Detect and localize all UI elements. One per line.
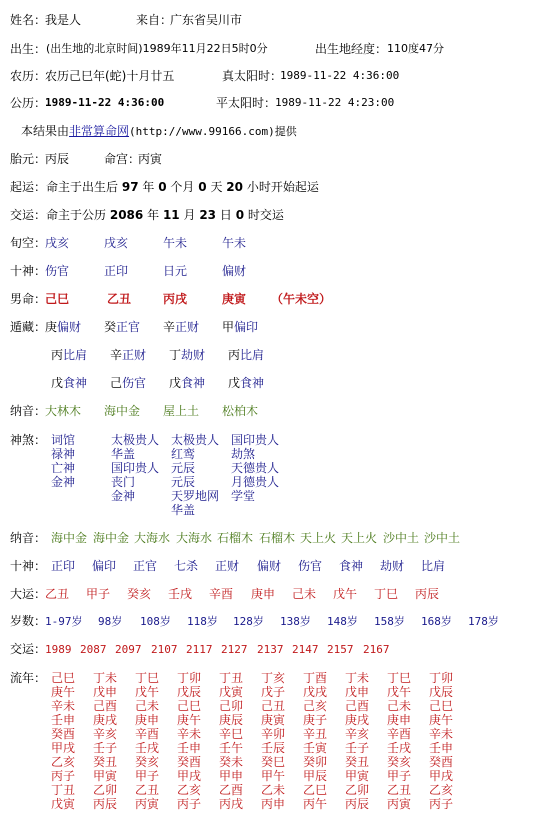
dayun-shishen: 伤官 <box>298 559 322 573</box>
shensha-hour: 国印贵人 劫煞 天德贵人 月德贵人 学堂 <box>231 433 279 503</box>
liunian-item: 乙卯 <box>93 783 117 797</box>
shensha-item: 金神 <box>51 475 75 489</box>
liunian-item: 庚申 <box>387 713 411 727</box>
liunian-item: 壬辰 <box>261 741 285 755</box>
liunian-item: 辛未 <box>51 699 75 713</box>
liunian-item: 丁巳 <box>135 671 159 685</box>
stem: 丙 <box>228 348 240 362</box>
dayun-shishen: 正财 <box>215 559 239 573</box>
dayun-shishen: 偏财 <box>257 559 281 573</box>
liunian-item: 庚戌 <box>93 713 117 727</box>
canggan-cell: 戊食神 <box>51 376 87 390</box>
dayun-nayin: 大海水 <box>176 531 212 545</box>
dayun-shishen: 比肩 <box>421 559 445 573</box>
gregorian-label: 公历： <box>10 96 46 110</box>
liunian-column: 丁未戊申己酉庚戌辛亥壬子癸丑甲寅乙卯丙辰 <box>93 671 117 811</box>
liunian-item: 甲申 <box>219 769 243 783</box>
shensha-item: 元辰 <box>171 461 219 475</box>
dayun-age: 128岁 <box>233 615 264 629</box>
qiyun-months: 0 <box>158 180 166 194</box>
shishen-day: 日元 <box>163 264 187 278</box>
liunian-item: 癸未 <box>219 755 243 769</box>
shensha-item: 亡神 <box>51 461 75 475</box>
lunar-value: 农历己巳年(蛇)十月廿五 <box>45 69 174 83</box>
stem: 戊 <box>228 376 240 390</box>
birth-label: 出生： <box>10 42 46 56</box>
dayun-age: 108岁 <box>140 615 171 629</box>
shishen-label: 十神： <box>10 264 46 278</box>
gregorian-value: 1989-11-22 4:36:00 <box>45 96 164 110</box>
dayun-year: 2087 <box>80 643 107 657</box>
qiyun-text: 小时开始起运 <box>247 180 319 194</box>
age-label: 岁数： <box>10 614 46 628</box>
liunian-item: 辛卯 <box>261 727 285 741</box>
dayun-ganzhi: 乙丑 <box>45 587 69 601</box>
dayun-nayin: 大海水 <box>134 531 170 545</box>
qiyun-hours: 20 <box>226 180 243 194</box>
dayun-year: 2097 <box>115 643 142 657</box>
liunian-item: 戊申 <box>345 685 369 699</box>
god: 正官 <box>116 320 140 334</box>
liunian-column: 丁卯戊辰己巳庚午辛未壬申癸酉甲戌乙亥丙子 <box>177 671 201 811</box>
liunian-column: 丁丑戊寅己卯庚辰辛巳壬午癸未甲申乙酉丙戌 <box>219 671 243 811</box>
dayun-nayin: 海中金 <box>93 531 129 545</box>
dayun-year: 2167 <box>363 643 390 657</box>
jiaoyun-year: 2086 <box>110 208 143 222</box>
liunian-item: 己亥 <box>303 699 327 713</box>
god: 食神 <box>63 376 87 390</box>
dayun-nayin-label: 纳音： <box>10 531 46 545</box>
liunian-item: 癸丑 <box>93 755 117 769</box>
god: 比肩 <box>63 348 87 362</box>
from-label: 来自： <box>136 13 172 27</box>
liunian-item: 乙丑 <box>387 783 411 797</box>
liunian-item: 丙子 <box>51 769 75 783</box>
liunian-column: 丁酉戊戌己亥庚子辛丑壬寅癸卯甲辰乙巳丙午 <box>303 671 327 811</box>
stem: 己 <box>110 376 122 390</box>
dayun-ganzhi: 丙辰 <box>415 587 439 601</box>
liunian-column: 丁巳戊午己未庚申辛酉壬戌癸亥甲子乙丑丙寅 <box>387 671 411 811</box>
nayin-day: 屋上土 <box>163 404 199 418</box>
qiyun-unit: 个月 <box>170 180 194 194</box>
liunian-item: 甲午 <box>261 769 285 783</box>
stem: 甲 <box>222 320 234 334</box>
canggan-cell: 丁劫财 <box>169 348 205 362</box>
liunian-item: 乙亥 <box>51 755 75 769</box>
xunkong-year: 戌亥 <box>45 236 69 250</box>
canggan-cell: 辛正财 <box>110 348 146 362</box>
liunian-item: 戊辰 <box>429 685 453 699</box>
dayun-nayin: 沙中土 <box>424 531 460 545</box>
birth-value: (出生地的北京时间)1989年11月22日5时0分 <box>46 42 268 56</box>
god: 比肩 <box>240 348 264 362</box>
liunian-item: 乙卯 <box>345 783 369 797</box>
liunian-item: 辛亥 <box>93 727 117 741</box>
liunian-item: 癸酉 <box>177 755 201 769</box>
stem: 庚 <box>45 320 57 334</box>
liunian-item: 甲戌 <box>51 741 75 755</box>
god: 伤官 <box>122 376 146 390</box>
shensha-item: 禄神 <box>51 447 75 461</box>
gender-label: 男命： <box>10 292 46 306</box>
dayun-nayin: 石榴木 <box>217 531 253 545</box>
credit-line: 本结果由非常算命网(http://www.99166.com)提供 <box>21 124 297 139</box>
liunian-item: 癸巳 <box>261 755 285 769</box>
dayun-age: 178岁 <box>468 615 499 629</box>
liunian-item: 甲寅 <box>93 769 117 783</box>
liunian-item: 己巳 <box>429 699 453 713</box>
canggan-cell: 戊食神 <box>228 376 264 390</box>
shensha-item: 金神 <box>111 489 159 503</box>
liunian-item: 甲子 <box>135 769 159 783</box>
canggan-cell: 癸正官 <box>104 320 140 334</box>
liunian-item: 己未 <box>387 699 411 713</box>
dayun-ganzhi: 己未 <box>292 587 316 601</box>
liunian-item: 庚戌 <box>345 713 369 727</box>
jiaoyun-unit: 年 <box>147 208 159 222</box>
nayin-label: 纳音： <box>10 404 46 418</box>
jiaoyun-hour: 0 <box>236 208 244 222</box>
liunian-item: 癸亥 <box>387 755 411 769</box>
credit-prefix: 本结果由 <box>21 124 69 138</box>
liunian-item: 壬申 <box>429 741 453 755</box>
canggan-label: 遁藏： <box>10 320 46 334</box>
liunian-item: 辛未 <box>429 727 453 741</box>
ganzhi-month: 乙丑 <box>107 292 131 306</box>
liunian-item: 甲子 <box>387 769 411 783</box>
liunian-item: 甲辰 <box>303 769 327 783</box>
god: 正财 <box>122 348 146 362</box>
canggan-cell: 甲偏印 <box>222 320 258 334</box>
god: 偏印 <box>234 320 258 334</box>
liunian-item: 庚申 <box>135 713 159 727</box>
liunian-item: 戊寅 <box>219 685 243 699</box>
shishen-hour: 偏财 <box>222 264 246 278</box>
liunian-item: 丙寅 <box>387 797 411 811</box>
shensha-item: 词馆 <box>51 433 75 447</box>
shensha-item: 太极贵人 <box>111 433 159 447</box>
liunian-column: 丁未戊申己酉庚戌辛亥壬子癸丑甲寅乙卯丙辰 <box>345 671 369 811</box>
liunian-item: 乙亥 <box>177 783 201 797</box>
liunian-column: 丁巳戊午己未庚申辛酉壬戌癸亥甲子乙丑丙寅 <box>135 671 159 811</box>
dayun-ganzhi: 庚申 <box>251 587 275 601</box>
dayun-label: 大运： <box>10 587 46 601</box>
stem: 戊 <box>51 376 63 390</box>
liunian-item: 戊寅 <box>51 797 75 811</box>
xunkong-month: 戌亥 <box>104 236 128 250</box>
liunian-item: 癸亥 <box>135 755 159 769</box>
dayun-shishen: 七杀 <box>174 559 198 573</box>
dayun-age: 118岁 <box>187 615 218 629</box>
longitude-value: 110度47分 <box>387 42 444 56</box>
dayun-nayin: 沙中土 <box>383 531 419 545</box>
dayun-shishen: 正印 <box>51 559 75 573</box>
ganzhi-day: 丙戌 <box>163 292 187 306</box>
dayun-shishen: 劫财 <box>380 559 404 573</box>
dayun-shishen: 偏印 <box>92 559 116 573</box>
dayun-nayin: 天上火 <box>341 531 377 545</box>
liunian-item: 庚午 <box>177 713 201 727</box>
liunian-item: 甲戌 <box>177 769 201 783</box>
xunkong-day: 午未 <box>163 236 187 250</box>
liunian-item: 庚午 <box>429 713 453 727</box>
jiaoyun-unit: 日 <box>220 208 232 222</box>
liunian-item: 辛丑 <box>303 727 327 741</box>
jiaoyun-unit: 月 <box>183 208 195 222</box>
god: 食神 <box>181 376 205 390</box>
liunian-item: 庚寅 <box>261 713 285 727</box>
shensha-year: 词馆 禄神 亡神 金神 <box>51 433 75 489</box>
shensha-item: 国印贵人 <box>231 433 279 447</box>
liunian-item: 壬子 <box>93 741 117 755</box>
qiyun-years: 97 <box>122 180 139 194</box>
dayun-year: 2157 <box>327 643 354 657</box>
dayun-shishen-label: 十神： <box>10 559 46 573</box>
stem: 癸 <box>104 320 116 334</box>
liunian-item: 丙申 <box>261 797 285 811</box>
liunian-item: 丁未 <box>345 671 369 685</box>
shensha-item: 太极贵人 <box>171 433 219 447</box>
liunian-item: 己酉 <box>345 699 369 713</box>
liunian-item: 辛酉 <box>135 727 159 741</box>
liunian-item: 癸酉 <box>429 755 453 769</box>
lunar-label: 农历： <box>10 69 46 83</box>
ganzhi-hour: 庚寅 <box>222 292 246 306</box>
shensha-item: 月德贵人 <box>231 475 279 489</box>
liunian-item: 丙午 <box>303 797 327 811</box>
dayun-ganzhi: 癸亥 <box>127 587 151 601</box>
liunian-item: 戊午 <box>387 685 411 699</box>
shensha-item: 天德贵人 <box>231 461 279 475</box>
liunian-item: 己巳 <box>51 671 75 685</box>
dayun-age: 148岁 <box>327 615 358 629</box>
nayin-month: 海中金 <box>104 404 140 418</box>
jiaoyun-month: 11 <box>163 208 180 222</box>
mean-solar-label: 平太阳时： <box>216 96 276 110</box>
liunian-item: 甲戌 <box>429 769 453 783</box>
liunian-item: 戊辰 <box>177 685 201 699</box>
shensha-item: 华盖 <box>171 503 219 517</box>
credit-suffix: (http://www.99166.com)提供 <box>129 125 297 138</box>
liunian-item: 庚辰 <box>219 713 243 727</box>
dayun-nayin: 石榴木 <box>259 531 295 545</box>
jiaoyun-label: 交运： <box>10 208 46 222</box>
dayun-year: 2147 <box>292 643 319 657</box>
liunian-item: 丁卯 <box>429 671 453 685</box>
liunian-item: 癸丑 <box>345 755 369 769</box>
name-value: 我是人 <box>45 13 81 27</box>
dayun-ganzhi: 戊午 <box>333 587 357 601</box>
liunian-item: 乙丑 <box>135 783 159 797</box>
shishen-month: 正印 <box>104 264 128 278</box>
liunian-item: 丙辰 <box>93 797 117 811</box>
qiyun-unit: 天 <box>210 180 222 194</box>
name-label: 姓名： <box>10 13 46 27</box>
jiaoyun-text: 命主于公历 <box>46 208 106 222</box>
dayun-age: 1-97岁 <box>45 615 83 629</box>
liunian-item: 丁未 <box>93 671 117 685</box>
shensha-month: 太极贵人 华盖 国印贵人 丧门 金神 <box>111 433 159 503</box>
liunian-item: 丁酉 <box>303 671 327 685</box>
dayun-ganzhi: 辛酉 <box>209 587 233 601</box>
liunian-item: 甲寅 <box>345 769 369 783</box>
liunian-item: 乙亥 <box>429 783 453 797</box>
liunian-column: 丁卯戊辰己巳庚午辛未壬申癸酉甲戌乙亥丙子 <box>429 671 453 811</box>
nayin-year: 大林木 <box>45 404 81 418</box>
stem: 丙 <box>51 348 63 362</box>
shensha-item: 国印贵人 <box>111 461 159 475</box>
liunian-item: 丁巳 <box>387 671 411 685</box>
liunian-item: 己未 <box>135 699 159 713</box>
dayun-year: 2117 <box>186 643 213 657</box>
dayun-age: 168岁 <box>421 615 452 629</box>
ganzhi-year: 己巳 <box>45 292 69 306</box>
shensha-item: 劫煞 <box>231 447 279 461</box>
stem: 辛 <box>163 320 175 334</box>
liunian-item: 壬寅 <box>303 741 327 755</box>
taiyuan-value: 丙辰 <box>45 152 69 166</box>
qiyun-label: 起运： <box>10 180 46 194</box>
liunian-column: 己巳庚午辛未壬申癸酉甲戌乙亥丙子丁丑戊寅 <box>51 671 75 811</box>
stem: 丁 <box>169 348 181 362</box>
liunian-item: 丁亥 <box>261 671 285 685</box>
shishen-year: 伤官 <box>45 264 69 278</box>
shensha-item: 华盖 <box>111 447 159 461</box>
liunian-item: 戊戌 <box>303 685 327 699</box>
dayun-ganzhi: 壬戌 <box>168 587 192 601</box>
canggan-cell: 丙比肩 <box>51 348 87 362</box>
shensha-item: 学堂 <box>231 489 279 503</box>
mean-solar-value: 1989-11-22 4:23:00 <box>275 96 394 110</box>
true-solar-value: 1989-11-22 4:36:00 <box>280 69 399 83</box>
god: 劫财 <box>181 348 205 362</box>
god: 偏财 <box>57 320 81 334</box>
dayun-year: 1989 <box>45 643 72 657</box>
god: 食神 <box>240 376 264 390</box>
xunkong-label: 旬空： <box>10 236 46 250</box>
liunian-item: 乙酉 <box>219 783 243 797</box>
dayun-ganzhi: 丁巳 <box>374 587 398 601</box>
true-solar-label: 真太阳时： <box>222 69 282 83</box>
shensha-item: 天罗地网 <box>171 489 219 503</box>
god: 正财 <box>175 320 199 334</box>
liunian-item: 辛亥 <box>345 727 369 741</box>
dayun-age: 98岁 <box>98 615 122 629</box>
kong-note: （午未空） <box>271 292 331 306</box>
canggan-cell: 丙比肩 <box>228 348 264 362</box>
dayun-age: 158岁 <box>374 615 405 629</box>
dayun-shishen: 食神 <box>339 559 363 573</box>
nayin-hour: 松柏木 <box>222 404 258 418</box>
liunian-item: 丁丑 <box>51 783 75 797</box>
liunian-item: 丙辰 <box>345 797 369 811</box>
minggong-value: 丙寅 <box>138 152 162 166</box>
dayun-shishen: 正官 <box>133 559 157 573</box>
dayun-year: 2127 <box>221 643 248 657</box>
liunian-item: 己酉 <box>93 699 117 713</box>
liunian-item: 庚午 <box>51 685 75 699</box>
xunkong-hour: 午未 <box>222 236 246 250</box>
site-link[interactable]: 非常算命网 <box>69 124 129 138</box>
liunian-column: 丁亥戊子己丑庚寅辛卯壬辰癸巳甲午乙未丙申 <box>261 671 285 811</box>
from-value: 广东省吴川市 <box>170 13 242 27</box>
stem: 戊 <box>169 376 181 390</box>
qiyun-text: 命主于出生后 <box>46 180 118 194</box>
canggan-cell: 辛正财 <box>163 320 199 334</box>
liunian-item: 壬申 <box>177 741 201 755</box>
liunian-item: 戊午 <box>135 685 159 699</box>
stem: 辛 <box>110 348 122 362</box>
jiaoyun-text: 时交运 <box>248 208 284 222</box>
dayun-year: 2107 <box>151 643 178 657</box>
liunian-label: 流年： <box>10 671 46 685</box>
liunian-item: 戊子 <box>261 685 285 699</box>
liunian-item: 戊申 <box>93 685 117 699</box>
liunian-item: 乙巳 <box>303 783 327 797</box>
liunian-item: 乙未 <box>261 783 285 797</box>
liunian-item: 壬午 <box>219 741 243 755</box>
liunian-item: 癸卯 <box>303 755 327 769</box>
shensha-label: 神煞： <box>10 433 46 447</box>
liunian-item: 辛未 <box>177 727 201 741</box>
shensha-day: 太极贵人 红鸾 元辰 元辰 天罗地网 华盖 <box>171 433 219 517</box>
qiyun-row: 起运：命主于出生后 97 年 0 个月 0 天 20 小时开始起运 <box>10 180 319 194</box>
minggong-label: 命宫： <box>104 152 140 166</box>
liunian-item: 丙子 <box>177 797 201 811</box>
liunian-item: 壬戌 <box>135 741 159 755</box>
dayun-year: 2137 <box>257 643 284 657</box>
liunian-item: 壬戌 <box>387 741 411 755</box>
qiyun-days: 0 <box>198 180 206 194</box>
liunian-item: 辛酉 <box>387 727 411 741</box>
jiaoyun-year-label: 交运： <box>10 642 46 656</box>
jiaoyun-row: 交运：命主于公历 2086 年 11 月 23 日 0 时交运 <box>10 208 284 222</box>
canggan-cell: 庚偏财 <box>45 320 81 334</box>
dayun-nayin: 天上火 <box>300 531 336 545</box>
shensha-item: 元辰 <box>171 475 219 489</box>
canggan-cell: 戊食神 <box>169 376 205 390</box>
dayun-ganzhi: 甲子 <box>86 587 110 601</box>
canggan-cell: 己伤官 <box>110 376 146 390</box>
liunian-item: 丙戌 <box>219 797 243 811</box>
liunian-item: 丙寅 <box>135 797 159 811</box>
qiyun-unit: 年 <box>142 180 154 194</box>
liunian-item: 己丑 <box>261 699 285 713</box>
liunian-item: 己卯 <box>219 699 243 713</box>
liunian-item: 辛巳 <box>219 727 243 741</box>
liunian-item: 丁卯 <box>177 671 201 685</box>
liunian-item: 壬子 <box>345 741 369 755</box>
liunian-item: 丁丑 <box>219 671 243 685</box>
liunian-item: 癸酉 <box>51 727 75 741</box>
liunian-item: 丙子 <box>429 797 453 811</box>
liunian-item: 壬申 <box>51 713 75 727</box>
liunian-item: 庚子 <box>303 713 327 727</box>
dayun-nayin: 海中金 <box>51 531 87 545</box>
liunian-item: 己巳 <box>177 699 201 713</box>
jiaoyun-day: 23 <box>199 208 216 222</box>
longitude-label: 出生地经度： <box>315 42 387 56</box>
dayun-age: 138岁 <box>280 615 311 629</box>
shensha-item: 红鸾 <box>171 447 219 461</box>
taiyuan-label: 胎元： <box>10 152 46 166</box>
shensha-item: 丧门 <box>111 475 159 489</box>
